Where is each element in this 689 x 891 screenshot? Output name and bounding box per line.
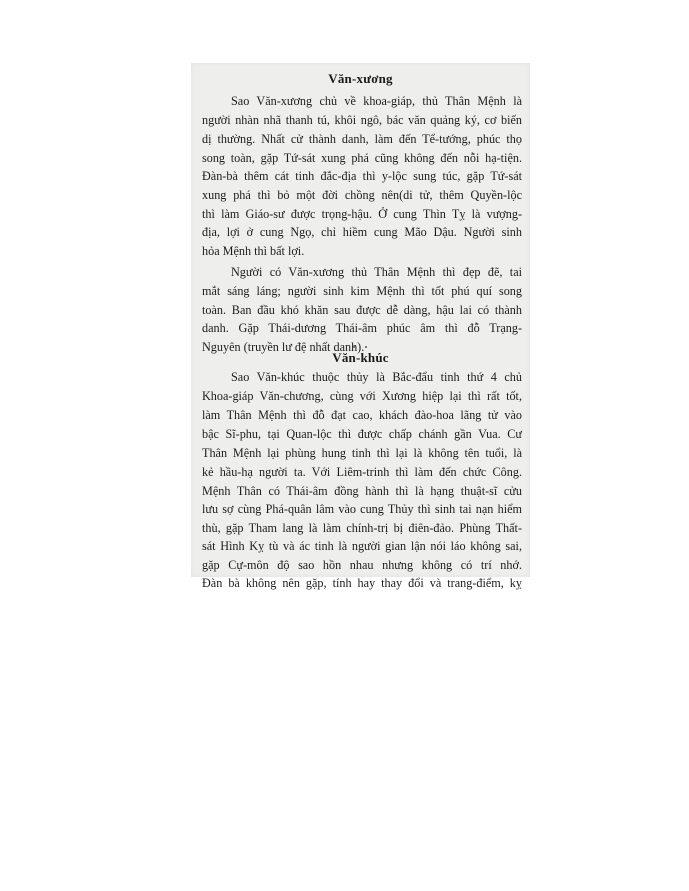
text-line: Mệnh Thân có Thái-âm đồng hành thì là hạ…: [202, 484, 522, 499]
text-line: bậc Sĩ-phu, tại Quan-lộc thì được chấp c…: [202, 427, 522, 442]
text-line: mắt sáng láng; người sinh kim Mệnh thì t…: [202, 284, 522, 299]
text-line: dị thường. Nhất cử thành danh, làm đến T…: [202, 132, 522, 147]
text-line: Người có Văn-xương thủ Thân Mệnh thì đẹp…: [231, 265, 522, 280]
text-line: làm Thân Mệnh thì đỗ đạt cao, khách đào-…: [202, 408, 522, 423]
text-line: gặp Cự-môn độ sao hồn nhau nhưng không c…: [202, 558, 522, 573]
text-line: Sao Văn-xương chủ về khoa-giáp, thủ Thân…: [231, 94, 522, 109]
section-title-van-khuc: Văn-khúc: [191, 350, 530, 366]
text-line: danh. Gặp Thái-dương Thái-âm phúc âm thì…: [202, 321, 522, 336]
text-line: Thân Mệnh lại phùng hung tinh thì lại là…: [202, 446, 522, 461]
text-line: sát Hình Kỵ tù và ác tinh là người gian …: [202, 539, 522, 554]
text-line: Khoa-giáp Văn-chương, cùng với Xương hiệ…: [202, 389, 522, 404]
text-line: Đàn-bà thêm cát tinh đắc-địa thì y-lộc s…: [202, 169, 522, 184]
text-line: thù, gặp Tham lang là làm chính-trị bị đ…: [202, 521, 522, 536]
text-line: Đàn bà không nên gặp, tính hay thay đổi …: [202, 576, 522, 591]
text-line: người nhàn nhã thanh tú, khôi ngô, bác v…: [202, 113, 522, 128]
text-line: Sao Văn-khúc thuộc thủy là Bắc-đẩu tinh …: [231, 370, 522, 385]
text-line: địa, lợi ở cung Ngọ, chỉ hiềm cung Mão D…: [202, 225, 522, 240]
section-title-van-xuong: Văn-xương: [191, 71, 530, 87]
text-line: lưu sợ cùng Phá-quân lâm vào cung Thủy t…: [202, 502, 522, 517]
text-line: xung phá thì bỏ một đời chồng nên(di tử,…: [202, 188, 522, 203]
text-line: hỏa Mệnh thì bất lợi.: [202, 244, 522, 259]
text-line: kẻ hầu-hạ người ta. Với Liêm-trinh thì l…: [202, 465, 522, 480]
text-line: toàn. Ban đầu khó khăn sau được dễ dàng,…: [202, 303, 522, 318]
separator-dot: [353, 346, 355, 348]
text-line: thì làm Giáo-sư được trọng-hậu. Ở cung T…: [202, 207, 522, 222]
separator-dot: [365, 346, 367, 348]
scanned-book-page: Văn-xương Sao Văn-xương chủ về khoa-giáp…: [191, 63, 530, 577]
text-line: song toàn, gặp Tứ-sát xung phá cũng khôn…: [202, 151, 522, 166]
